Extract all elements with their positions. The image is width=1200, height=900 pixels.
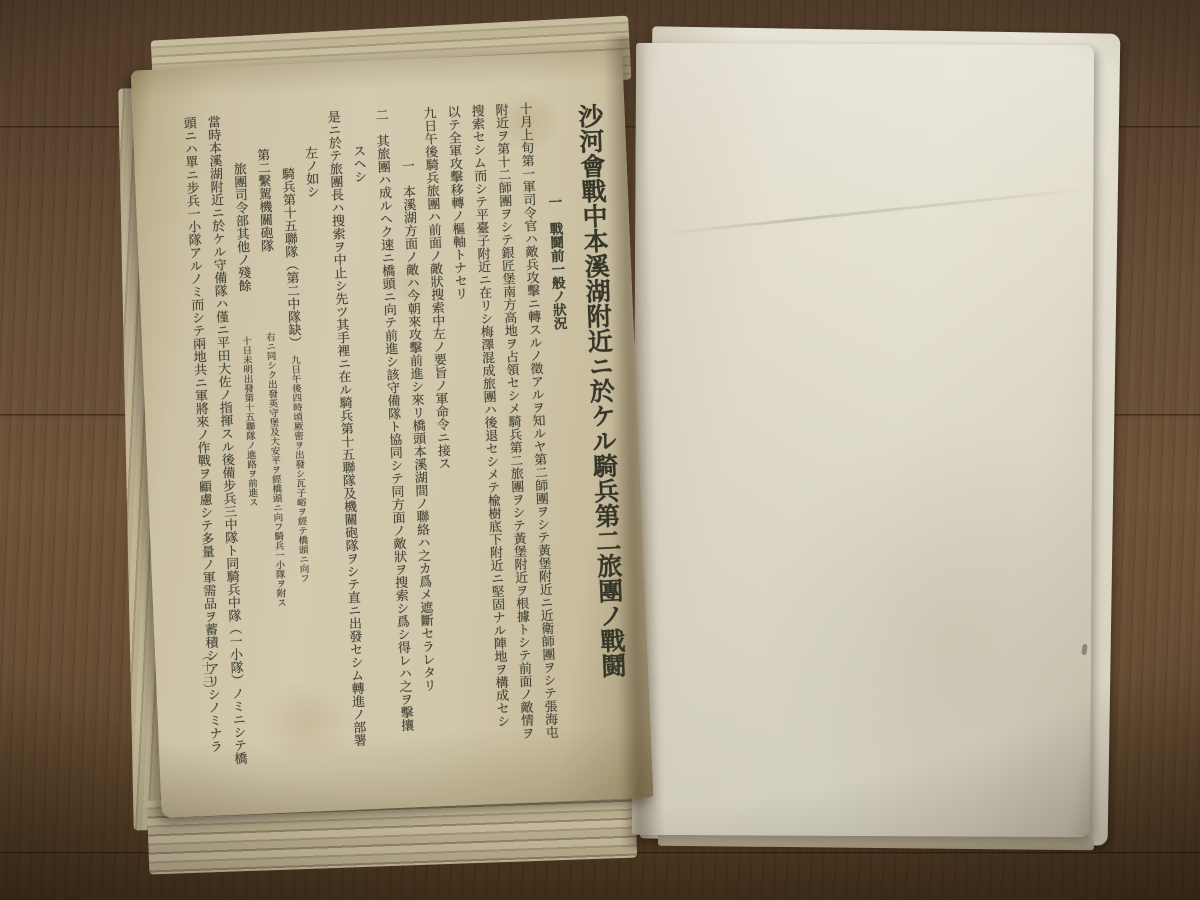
unit-note: 橋頭ニ向フ騎兵一小隊ヲ附ス — [270, 484, 286, 608]
unit-note: 瓦子峪ヲ經テ橋頭ニ向フ — [294, 478, 309, 583]
unit-note: 路ヲ前進ス — [245, 459, 258, 507]
unit-note: 十日未明出發第十五聯隊ノ進 — [240, 336, 256, 460]
unit-note: 右ニ同シク出發英守堡及大安平ヲ經 — [264, 332, 281, 484]
photo-of-open-book: 沙河會戰中本溪湖附近ニ於ケル騎兵第二旅團ノ戰鬪 一 戰鬪前一般ノ狀況 十月上旬第… — [0, 0, 1200, 900]
left-printed-page: 沙河會戰中本溪湖附近ニ於ケル騎兵第二旅團ノ戰鬪 一 戰鬪前一般ノ狀況 十月上旬第… — [131, 50, 654, 818]
vertical-text-block: 沙河會戰中本溪湖附近ニ於ケル騎兵第二旅團ノ戰鬪 一 戰鬪前一般ノ狀況 十月上旬第… — [176, 99, 636, 779]
page-number: （十三） — [199, 650, 215, 695]
unit-note: 九日午後四時頃厥密ヲ出發シ — [289, 355, 305, 479]
right-blank-page — [632, 43, 1094, 837]
unit-name: 騎兵第十五聯隊（第二中隊缺） — [279, 167, 302, 349]
unit-name: 第二繫駕機關砲隊 — [254, 148, 273, 253]
unit-name: 旅團司令部其他ノ殘餘 — [230, 162, 250, 293]
